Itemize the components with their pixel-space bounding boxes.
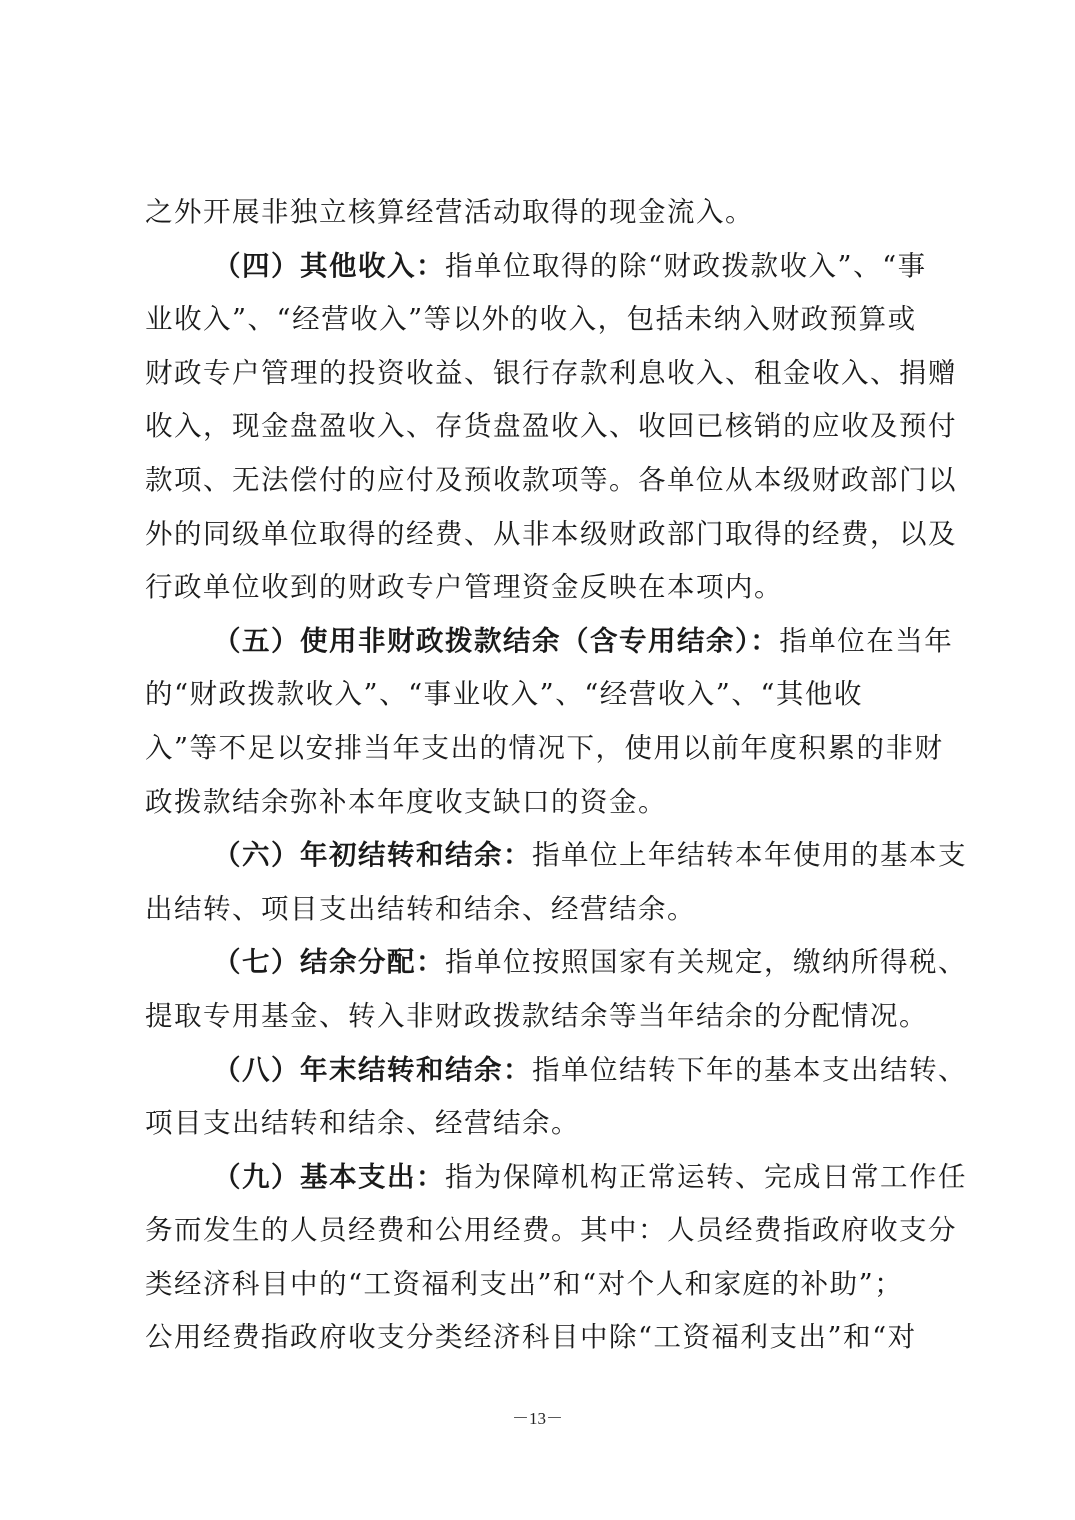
- line-text: 财政专户管理的投资收益、银行存款利息收入、租金收入、捐赠: [145, 357, 957, 389]
- text-line: 业收入”、“经营收入”等以外的收入，包括未纳入财政预算或: [145, 293, 945, 347]
- text-line: 提取专用基金、转入非财政拨款结余等当年结余的分配情况。: [145, 990, 945, 1044]
- section-heading: （九）基本支出：: [213, 1161, 445, 1193]
- line-text: 公用经费指政府收支分类经济科目中除“工资福利支出”和“对: [145, 1321, 917, 1353]
- line-text: 指单位按照国家有关规定，缴纳所得税、: [445, 946, 967, 978]
- line-text: 之外开展非独立核算经营活动取得的现金流入。: [145, 196, 754, 228]
- text-line: （八）年末结转和结余：指单位结转下年的基本支出结转、: [145, 1044, 945, 1098]
- text-line: 务而发生的人员经费和公用经费。其中：人员经费指政府收支分: [145, 1204, 945, 1258]
- line-text: 出结转、项目支出结转和结余、经营结余。: [145, 893, 696, 925]
- text-line: 之外开展非独立核算经营活动取得的现金流入。: [145, 186, 945, 240]
- text-line: （四）其他收入：指单位取得的除“财政拨款收入”、“事: [145, 240, 945, 294]
- section-heading: （七）结余分配：: [213, 946, 445, 978]
- section-heading: （八）年末结转和结余：: [213, 1054, 532, 1086]
- text-line: 项目支出结转和结余、经营结余。: [145, 1097, 945, 1151]
- text-line: 收入，现金盘盈收入、存货盘盈收入、收回已核销的应收及预付: [145, 400, 945, 454]
- text-line: （六）年初结转和结余：指单位上年结转本年使用的基本支: [145, 829, 945, 883]
- text-line: （七）结余分配：指单位按照国家有关规定，缴纳所得税、: [145, 936, 945, 990]
- text-line: （九）基本支出：指为保障机构正常运转、完成日常工作任: [145, 1151, 945, 1205]
- line-text: 业收入”、“经营收入”等以外的收入，包括未纳入财政预算或: [145, 303, 917, 335]
- text-line: 财政专户管理的投资收益、银行存款利息收入、租金收入、捐赠: [145, 347, 945, 401]
- page-number: －13－: [0, 1404, 1075, 1429]
- line-text: 务而发生的人员经费和公用经费。其中：人员经费指政府收支分: [145, 1214, 957, 1246]
- line-text: 项目支出结转和结余、经营结余。: [145, 1107, 580, 1139]
- section-heading: （六）年初结转和结余：: [213, 839, 532, 871]
- text-line: （五）使用非财政拨款结余（含专用结余）：指单位在当年: [145, 615, 945, 669]
- text-line: 公用经费指政府收支分类经济科目中除“工资福利支出”和“对: [145, 1311, 945, 1365]
- line-text: 收入，现金盘盈收入、存货盘盈收入、收回已核销的应收及预付: [145, 410, 957, 442]
- text-line: 款项、无法偿付的应付及预收款项等。各单位从本级财政部门以: [145, 454, 945, 508]
- line-text: 政拨款结余弥补本年度收支缺口的资金。: [145, 786, 667, 818]
- line-text: 指单位上年结转本年使用的基本支: [532, 839, 967, 871]
- line-text: 外的同级单位取得的经费、从非本级财政部门取得的经费，以及: [145, 518, 957, 550]
- line-text: 指为保障机构正常运转、完成日常工作任: [445, 1161, 967, 1193]
- body-text: 之外开展非独立核算经营活动取得的现金流入。 （四）其他收入：指单位取得的除“财政…: [145, 186, 945, 1365]
- line-text: 行政单位收到的财政专户管理资金反映在本项内。: [145, 571, 783, 603]
- text-line: 的“财政拨款收入”、“事业收入”、“经营收入”、“其他收: [145, 668, 945, 722]
- text-line: 行政单位收到的财政专户管理资金反映在本项内。: [145, 561, 945, 615]
- text-line: 政拨款结余弥补本年度收支缺口的资金。: [145, 776, 945, 830]
- line-text: 提取专用基金、转入非财政拨款结余等当年结余的分配情况。: [145, 1000, 928, 1032]
- line-text: 指单位结转下年的基本支出结转、: [532, 1054, 967, 1086]
- document-page: 之外开展非独立核算经营活动取得的现金流入。 （四）其他收入：指单位取得的除“财政…: [0, 0, 1075, 1520]
- text-line: 出结转、项目支出结转和结余、经营结余。: [145, 883, 945, 937]
- line-text: 指单位取得的除“财政拨款收入”、“事: [445, 250, 927, 282]
- line-text: 指单位在当年: [779, 625, 953, 657]
- line-text: 款项、无法偿付的应付及预收款项等。各单位从本级财政部门以: [145, 464, 957, 496]
- text-line: 外的同级单位取得的经费、从非本级财政部门取得的经费，以及: [145, 508, 945, 562]
- line-text: 入”等不足以安排当年支出的情况下，使用以前年度积累的非财: [145, 732, 944, 764]
- section-heading: （四）其他收入：: [213, 250, 445, 282]
- text-line: 类经济科目中的“工资福利支出”和“对个人和家庭的补助”；: [145, 1258, 945, 1312]
- text-line: 入”等不足以安排当年支出的情况下，使用以前年度积累的非财: [145, 722, 945, 776]
- line-text: 的“财政拨款收入”、“事业收入”、“经营收入”、“其他收: [145, 678, 863, 710]
- line-text: 类经济科目中的“工资福利支出”和“对个人和家庭的补助”；: [145, 1268, 903, 1300]
- section-heading: （五）使用非财政拨款结余（含专用结余）：: [213, 625, 779, 657]
